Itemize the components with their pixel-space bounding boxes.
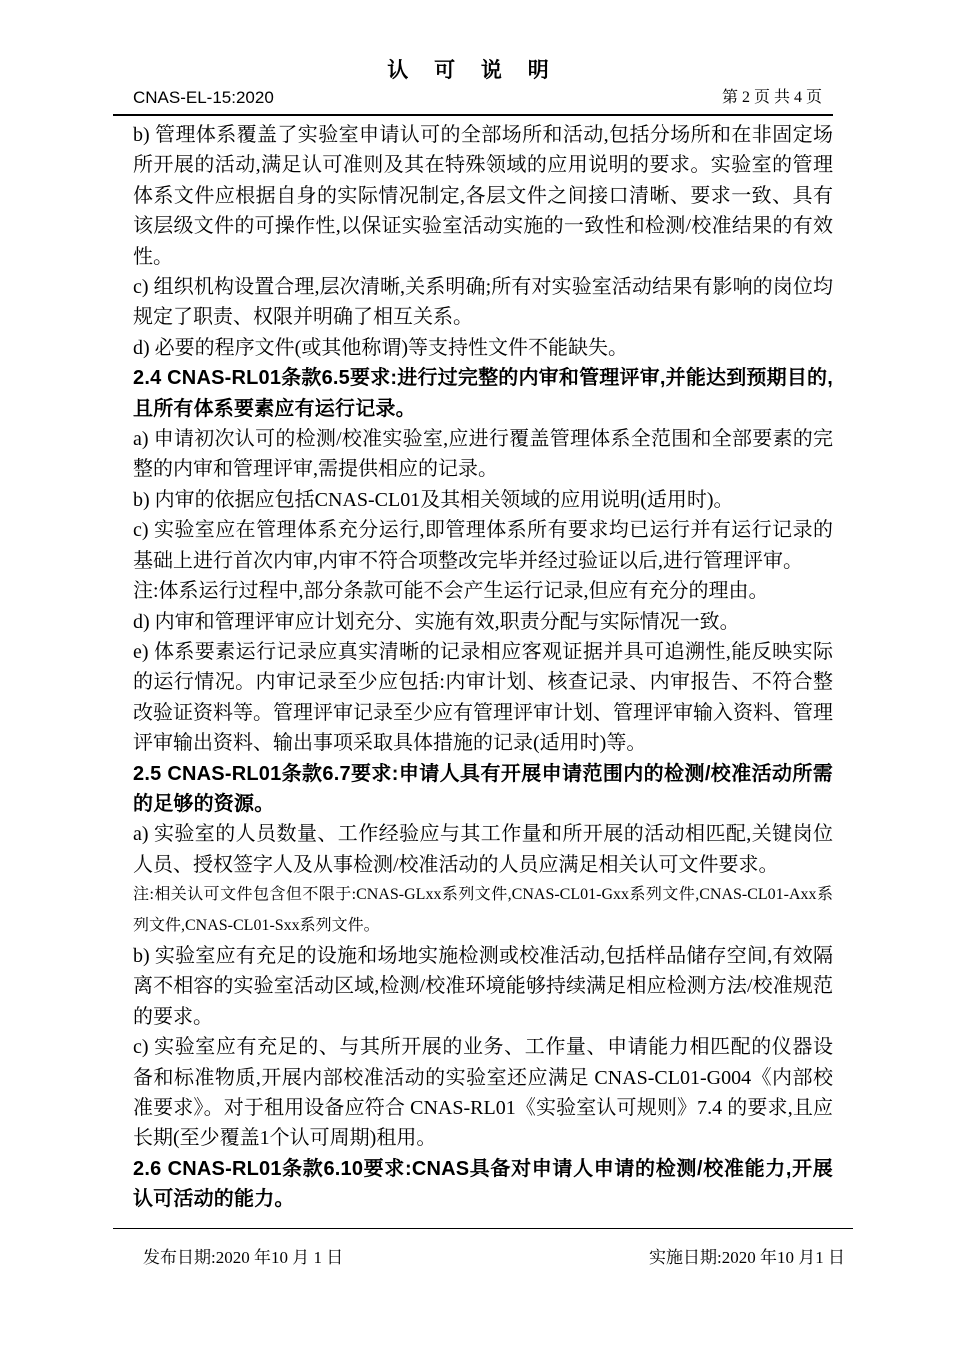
document-number: CNAS-EL-15:2020 [133, 88, 274, 108]
document-page: 认 可 说 明 CNAS-EL-15:2020 第 2 页 共 4 页 b) 管… [0, 0, 954, 1348]
body-paragraph: d) 必要的程序文件(或其他称谓)等支持性文件不能缺失。 [133, 333, 833, 363]
body-paragraph: c) 实验室应在管理体系充分运行,即管理体系所有要求均已运行并有运行记录的基础上… [133, 515, 833, 576]
issue-date: 发布日期:2020 年10 月 1 日 [143, 1247, 343, 1269]
body-paragraph: b) 实验室应有充足的设施和场地实施检测或校准活动,包括样品储存空间,有效隔离不… [133, 941, 833, 1032]
footer-dates-row: 发布日期:2020 年10 月 1 日 实施日期:2020 年10 月1 日 [113, 1247, 853, 1269]
document-title: 认 可 说 明 [113, 58, 833, 84]
note-paragraph: 注:相关认可文件包含但不限于:CNAS-GLxx系列文件,CNAS-CL01-G… [133, 880, 833, 941]
header-meta-row: CNAS-EL-15:2020 第 2 页 共 4 页 [113, 88, 833, 108]
body-paragraph: e) 体系要素运行记录应真实清晰的记录相应客观证据并具可追溯性,能反映实际的运行… [133, 637, 833, 759]
body-paragraph: d) 内审和管理评审应计划充分、实施有效,职责分配与实际情况一致。 [133, 607, 833, 637]
page-header: 认 可 说 明 CNAS-EL-15:2020 第 2 页 共 4 页 [113, 58, 833, 116]
body-paragraph: 注:体系运行过程中,部分条款可能不会产生运行记录,但应有充分的理由。 [133, 576, 833, 606]
section-heading: 2.4 CNAS-RL01条款6.5要求:进行过完整的内审和管理评审,并能达到预… [133, 363, 833, 424]
section-heading: 2.5 CNAS-RL01条款6.7要求:申请人具有开展申请范围内的检测/校准活… [133, 759, 833, 820]
implementation-date: 实施日期:2020 年10 月1 日 [649, 1247, 845, 1269]
page-footer: 发布日期:2020 年10 月 1 日 实施日期:2020 年10 月1 日 [113, 1228, 853, 1269]
document-body: b) 管理体系覆盖了实验室申请认可的全部场所和活动,包括分场所和在非固定场所开展… [133, 120, 833, 1215]
body-paragraph: c) 组织机构设置合理,层次清晰,关系明确;所有对实验室活动结果有影响的岗位均规… [133, 272, 833, 333]
body-paragraph: a) 实验室的人员数量、工作经验应与其工作量和所开展的活动相匹配,关键岗位人员、… [133, 819, 833, 880]
body-paragraph: a) 申请初次认可的检测/校准实验室,应进行覆盖管理体系全范围和全部要素的完整的… [133, 424, 833, 485]
body-paragraph: b) 内审的依据应包括CNAS-CL01及其相关领域的应用说明(适用时)。 [133, 485, 833, 515]
section-heading: 2.6 CNAS-RL01条款6.10要求:CNAS具备对申请人申请的检测/校准… [133, 1154, 833, 1215]
body-paragraph: b) 管理体系覆盖了实验室申请认可的全部场所和活动,包括分场所和在非固定场所开展… [133, 120, 833, 272]
page-number-indicator: 第 2 页 共 4 页 [722, 88, 822, 108]
body-paragraph: c) 实验室应有充足的、与其所开展的业务、工作量、申请能力相匹配的仪器设备和标准… [133, 1032, 833, 1154]
